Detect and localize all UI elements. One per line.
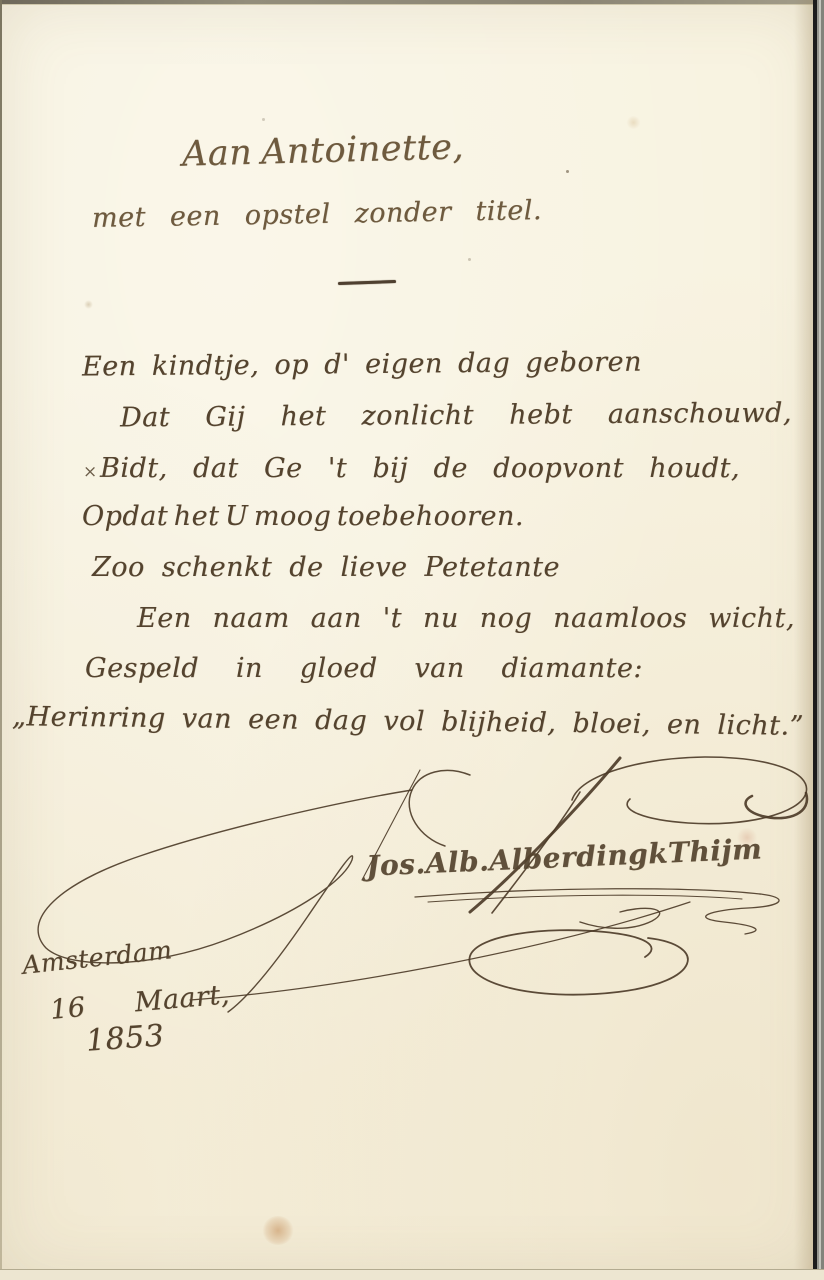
paper-edge-shadow: [794, 0, 813, 1280]
colophon-place: Amsterdam: [21, 934, 174, 981]
scan-edge-right: [813, 0, 824, 1280]
ink-speck: [566, 170, 569, 173]
foxing-spot: [84, 300, 93, 309]
poem-line: ZooschenktdelievePetetante: [92, 551, 560, 585]
colophon-year: 1853: [85, 1017, 166, 1060]
poem-line: Gespeldingloedvandiamante:: [85, 652, 643, 686]
foxing-spot: [262, 1216, 294, 1245]
poem-line: OpdathetUmoogtoebehooren.: [82, 500, 524, 534]
dedication-subtitle: meteenopstelzondertitel.: [92, 194, 543, 236]
scan-edge-top: [0, 0, 824, 5]
poem-line: „Herinringvaneendagvolblijheid,bloei,enl…: [12, 700, 804, 743]
ink-speck: [262, 118, 265, 121]
manuscript-page: AanAntoinette, meteenopstelzondertitel. …: [0, 0, 824, 1280]
poem-line: DatGijhetzonlichthebtaanschouwd,: [120, 397, 792, 435]
signature-flourish: [0, 0, 824, 1280]
signature-name: Jos.Alb.AlberdingkThijm: [365, 831, 762, 883]
section-divider: [338, 280, 396, 285]
foxing-spot: [626, 116, 641, 129]
correction-mark: ×: [83, 462, 97, 482]
scan-edge-bottom: [0, 1269, 824, 1280]
poem-line: Bidt,datGe'tbijdedoopvonthoudt,: [100, 452, 740, 486]
poem-line: Eennaamaan'tnunognaamlooswicht,: [137, 602, 795, 636]
poem-line: Eenkindtje,opd'eigendaggeboren: [82, 346, 642, 385]
dedication-line: AanAntoinette,: [181, 126, 464, 177]
scan-edge-left: [0, 0, 2, 1280]
ink-speck: [468, 258, 471, 261]
